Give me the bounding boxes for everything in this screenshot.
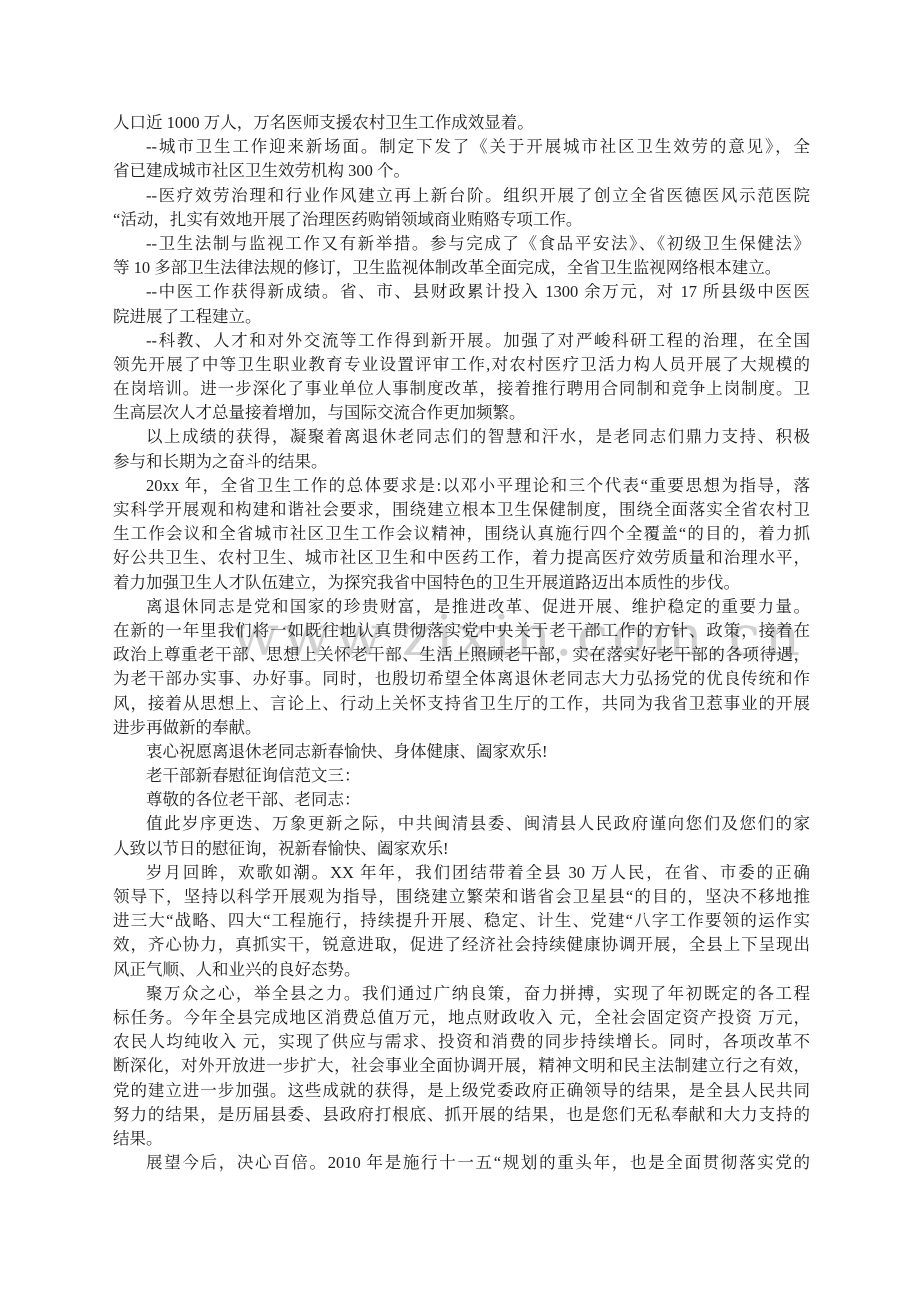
text-line: 在岗培训。进一步深化了事业单位人事制度改革，接着推行聘用合同制和竞争上岗制度。卫 [113, 377, 810, 401]
text-line: 断深化，对外开放进一步扩大，社会事业全面协调开展，精神文明和民主法制建立行之有效… [113, 1054, 810, 1078]
text-line: 政治上尊重老干部、思想上关怀老干部、生活上照顾老干部，实在落实好老干部的各项待遇… [113, 643, 810, 667]
text-line: 老干部新春慰征询信范文三： [113, 764, 810, 788]
text-line: 效，齐心协力，真抓实干，锐意进取，促进了经济社会持续健康协调开展，全县上下呈现出 [113, 933, 810, 957]
text-line: 院进展了工程建立。 [113, 305, 810, 329]
text-line: 衷心祝愿离退休老同志新春愉快、身体健康、阖家欢乐! [113, 740, 810, 764]
text-line: 好公共卫生、农村卫生、城市社区卫生和中医药工作，着力提高医疗效劳质量和治理水平， [113, 546, 810, 570]
text-line: 离退休同志是党和国家的珍贵财富，是推进改革、促进开展、维护稳定的重要力量。 [113, 595, 810, 619]
document-page: www.zixin.com.cn 人口近 1000 万人，万名医师支援农村卫生工… [0, 0, 920, 1302]
text-line: 实科学开展观和构建和谐社会要求，围绕建立根本卫生保健制度，围绕全面落实全省农村卫 [113, 498, 810, 522]
text-line: 风，接着从思想上、言论上、行动上关怀支持省卫生厅的工作，共同为我省卫惹事业的开展 [113, 692, 810, 716]
text-line: 农民人均纯收入 元，实现了供应与需求、投资和消费的同步持续增长。同时，各项改革不 [113, 1030, 810, 1054]
text-line: 20xx 年，全省卫生工作的总体要求是:以邓小平理论和三个代表“重要思想为指导，… [113, 474, 810, 498]
text-line: 以上成绩的获得，凝聚着离退休老同志们的智慧和汗水，是老同志们鼎力支持、积极 [113, 425, 810, 449]
text-line: “活动，扎实有效地开展了治理医药购销领域商业贿赂专项工作。 [113, 208, 810, 232]
text-line: 领先开展了中等卫生职业教育专业设置评审工作,对农村医疗卫活力构人员开展了大规模的 [113, 353, 810, 377]
text-line: 在新的一年里我们将一如既往地认真贯彻落实党中央关于老干部工作的方针、政策，接着在 [113, 619, 810, 643]
text-line: 岁月回眸，欢歌如潮。XX 年年，我们团结带着全县 30 万人民，在省、市委的正确 [113, 861, 810, 885]
text-line: 结果。 [113, 1127, 810, 1151]
text-line: 人致以节日的慰征询，祝新春愉快、阖家欢乐! [113, 837, 810, 861]
text-line: 人口近 1000 万人，万名医师支援农村卫生工作成效显着。 [113, 111, 810, 135]
text-line: 进步再做新的奉献。 [113, 716, 810, 740]
document-content: 人口近 1000 万人，万名医师支援农村卫生工作成效显着。--城市卫生工作迎来新… [113, 111, 810, 1175]
text-line: --城市卫生工作迎来新场面。制定下发了《关于开展城市社区卫生效劳的意见》，全 [113, 135, 810, 159]
text-line: 领导下，坚持以科学开展观为指导，围绕建立繁荣和谐省会卫星县“的目的，坚决不移地推 [113, 885, 810, 909]
text-line: 尊敬的各位老干部、老同志： [113, 788, 810, 812]
text-line: 值此岁序更迭、万象更新之际，中共闽清县委、闽清县人民政府谨向您们及您们的家 [113, 812, 810, 836]
text-line: 参与和长期为之奋斗的结果。 [113, 450, 810, 474]
text-line: 生高层次人才总量接着增加，与国际交流合作更加频繁。 [113, 401, 810, 425]
text-line: 等 10 多部卫生法律法规的修订，卫生监视体制改革全面完成，全省卫生监视网络根本… [113, 256, 810, 280]
text-line: --科教、人才和对外交流等工作得到新开展。加强了对严峻科研工程的治理，在全国 [113, 329, 810, 353]
text-line: 努力的结果，是历届县委、县政府打根底、抓开展的结果，也是您们无私奉献和大力支持的 [113, 1103, 810, 1127]
text-line: 着力加强卫生人才队伍建立，为探究我省中国特色的卫生开展道路迈出本质性的步伐。 [113, 571, 810, 595]
text-line: 省已建成城市社区卫生效劳机构 300 个。 [113, 159, 810, 183]
text-line: 标任务。今年全县完成地区消费总值万元，地点财政收入 元，全社会固定资产投资 万元… [113, 1006, 810, 1030]
text-line: --中医工作获得新成绩。省、市、县财政累计投入 1300 余万元，对 17 所县… [113, 280, 810, 304]
text-line: 为老干部办实事、办好事。同时，也殷切希望全体离退休老同志大力弘扬党的优良传统和作 [113, 667, 810, 691]
text-line: 聚万众之心，举全县之力。我们通过广纳良策，奋力拼搏，实现了年初既定的各工程 [113, 982, 810, 1006]
text-line: 党的建立进一步加强。这些成就的获得，是上级党委政府正确领导的结果，是全县人民共同 [113, 1079, 810, 1103]
text-line: --卫生法制与监视工作又有新举措。参与完成了《食品平安法》、《初级卫生保健法》 [113, 232, 810, 256]
text-line: 风正气顺、人和业兴的良好态势。 [113, 958, 810, 982]
text-line: 进三大“战略、四大“工程施行，持续提升开展、稳定、计生、党建“八字工作要领的运作… [113, 909, 810, 933]
text-line: --医疗效劳治理和行业作风建立再上新台阶。组织开展了创立全省医德医风示范医院 [113, 184, 810, 208]
text-line: 展望今后，决心百倍。2010 年是施行十一五“规划的重头年，也是全面贯彻落实党的 [113, 1151, 810, 1175]
text-line: 生工作会议和全省城市社区卫生工作会议精神，围绕认真施行四个全覆盖“的目的，着力抓 [113, 522, 810, 546]
